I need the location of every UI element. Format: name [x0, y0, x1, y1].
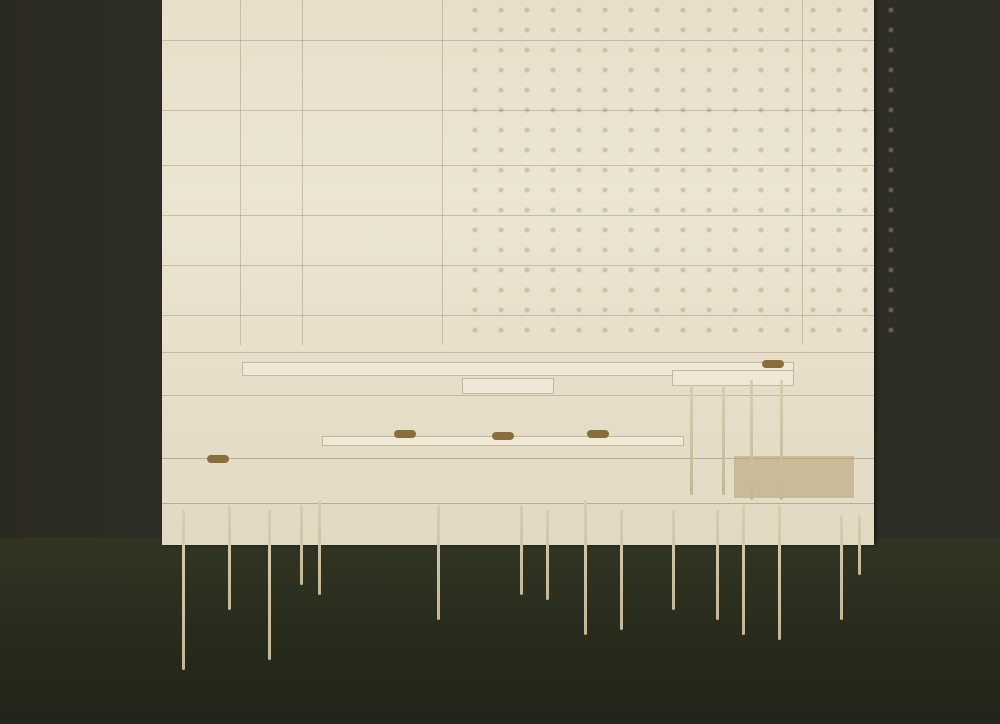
dark-green-cloth-background-lower	[0, 538, 1000, 724]
paper-strip	[462, 378, 554, 394]
ruled-line	[162, 215, 874, 216]
grid-line	[240, 0, 241, 345]
grid-line	[442, 0, 443, 345]
twine-knot	[492, 432, 514, 440]
paper-artwork	[162, 0, 874, 545]
paper-strip	[672, 370, 794, 386]
ruled-line	[162, 265, 874, 266]
ruled-line	[162, 110, 874, 111]
ruled-line	[162, 40, 874, 41]
ruled-line	[162, 315, 874, 316]
twine-knot	[762, 360, 784, 368]
grid-line	[302, 0, 303, 345]
embossed-glyph-grid	[462, 0, 902, 345]
ruled-line	[162, 165, 874, 166]
twine-knot	[207, 455, 229, 463]
grid-line	[802, 0, 803, 345]
twine-knot	[587, 430, 609, 438]
twine-knot	[394, 430, 416, 438]
ruled-line	[162, 352, 874, 353]
ruled-line	[162, 395, 874, 396]
